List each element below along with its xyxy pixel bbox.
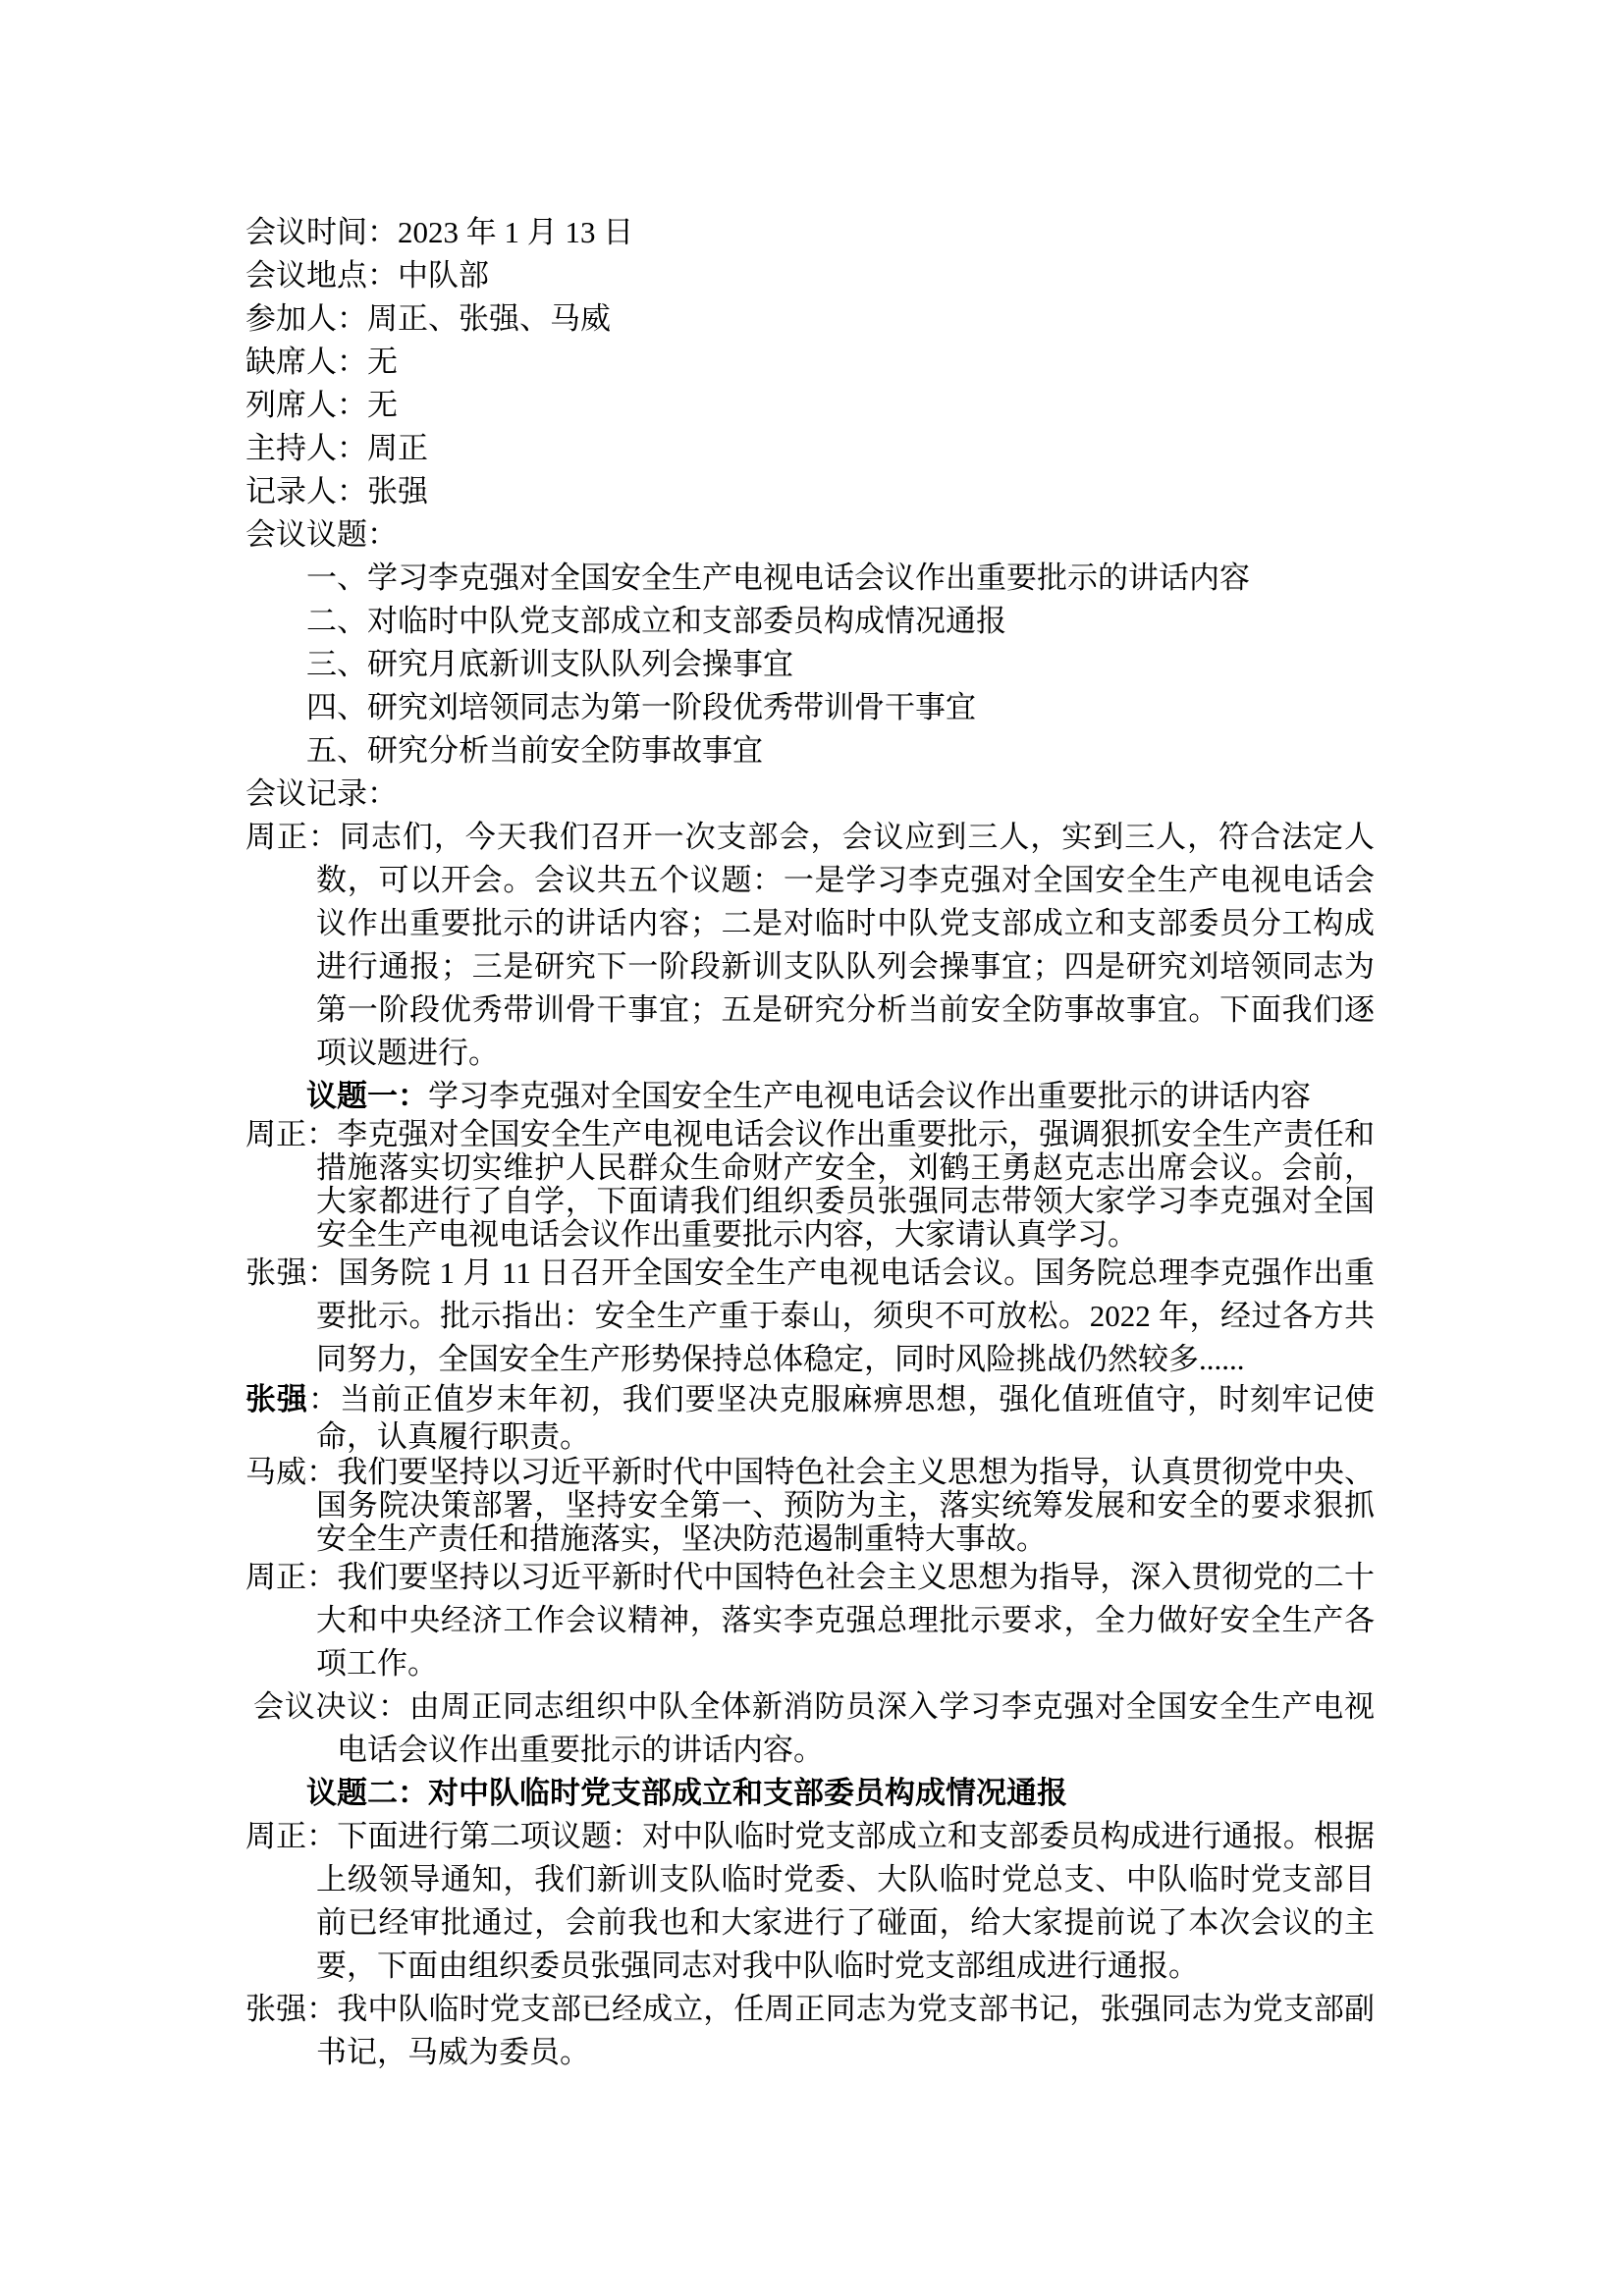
speech-text: ：下面进行第二项议题：对中队临时党支部成立和支部委员构成进行通报。根据上级领导通… — [306, 1819, 1375, 1983]
speech-text: ：我中队临时党支部已经成立，任周正同志为党支部书记，张强同志为党支部副书记，马威… — [306, 1992, 1375, 2069]
speech-text: ：李克强对全国安全生产电视电话会议作出重要批示，强调狠抓安全生产责任和措施落实切… — [306, 1117, 1375, 1252]
speaker-name: 周正 — [245, 1819, 306, 1853]
speaker-name: 周正 — [245, 1560, 306, 1594]
agenda-item-4: 四、研究刘培领同志为第一阶段优秀带训骨干事宜 — [306, 686, 1375, 729]
meta-line-agenda-label: 会议议题： — [245, 513, 1375, 557]
topic2-label: 议题二： — [306, 1776, 428, 1810]
speaker-name: 张强 — [245, 1382, 308, 1416]
agenda-item-3: 三、研究月底新训支队队列会操事宜 — [306, 643, 1375, 686]
speaker-name: 张强 — [245, 1992, 306, 2026]
speech-text: ：同志们，今天我们召开一次支部会，会议应到三人，实到三人，符合法定人数，可以开会… — [308, 820, 1375, 1070]
paragraph-topic1-zhouzheng: 周正：李克强对全国安全生产电视电话会议作出重要批示，强调狠抓安全生产责任和措施落… — [245, 1118, 1375, 1252]
meta-line-recorder: 记录人：张强 — [245, 470, 1375, 513]
agenda-item-2: 二、对临时中队党支部成立和支部委员构成情况通报 — [306, 600, 1375, 643]
meta-line-attendees: 参加人：周正、张强、马威 — [245, 297, 1375, 341]
speaker-name: 张强 — [245, 1255, 307, 1290]
speech-text: ：我们要坚持以习近平新时代中国特色社会主义思想为指导，深入贯彻党的二十大和中央经… — [306, 1560, 1375, 1681]
speaker-name: 马威 — [245, 1455, 306, 1489]
meta-line-meeting-place: 会议地点：中队部 — [245, 254, 1375, 297]
topic2-title: 对中队临时党支部成立和支部委员构成情况通报 — [428, 1776, 1067, 1810]
decision-label: 会议决议 — [253, 1689, 378, 1724]
paragraph-topic2-zhangqiang: 张强：我中队临时党支部已经成立，任周正同志为党支部书记，张强同志为党支部副书记，… — [245, 1988, 1375, 2074]
record-section-label: 会议记录： — [245, 773, 1375, 816]
speech-text: ：国务院 1 月 11 日召开全国安全生产电视电话会议。国务院总理李克强作出重要… — [307, 1255, 1375, 1376]
meta-line-meeting-time: 会议时间：2023 年 1 月 13 日 — [245, 211, 1375, 254]
meta-line-observers: 列席人：无 — [245, 384, 1375, 427]
paragraph-zhouzheng-opening: 周正：同志们，今天我们召开一次支部会，会议应到三人，实到三人，符合法定人数，可以… — [245, 816, 1375, 1075]
speaker-name: 周正 — [245, 1117, 306, 1151]
topic2-heading: 议题二：对中队临时党支部成立和支部委员构成情况通报 — [306, 1772, 1375, 1815]
speaker-name: 周正 — [245, 820, 308, 854]
speech-text: ：我们要坚持以习近平新时代中国特色社会主义思想为指导，认真贯彻党中央、国务院决策… — [306, 1455, 1375, 1556]
agenda-item-5: 五、研究分析当前安全防事故事宜 — [306, 729, 1375, 773]
paragraph-topic1-mawei: 马威：我们要坚持以习近平新时代中国特色社会主义思想为指导，认真贯彻党中央、国务院… — [245, 1456, 1375, 1556]
speech-text: ：当前正值岁末年初，我们要坚决克服麻痹思想，强化值班值守，时刻牢记使命，认真履行… — [308, 1382, 1375, 1454]
paragraph-topic1-zhangqiang-remark: 张强：当前正值岁末年初，我们要坚决克服麻痹思想，强化值班值守，时刻牢记使命，认真… — [245, 1381, 1375, 1456]
paragraph-topic2-zhouzheng: 周正：下面进行第二项议题：对中队临时党支部成立和支部委员构成进行通报。根据上级领… — [245, 1815, 1375, 1988]
decision-text: ：由周正同志组织中队全体新消防员深入学习李克强对全国安全生产电视电话会议作出重要… — [337, 1689, 1375, 1767]
topic1-label: 议题一： — [306, 1079, 428, 1113]
agenda-item-1: 一、学习李克强对全国安全生产电视电话会议作出重要批示的讲话内容 — [306, 557, 1375, 600]
meta-line-host: 主持人：周正 — [245, 427, 1375, 470]
paragraph-topic1-decision: 会议决议：由周正同志组织中队全体新消防员深入学习李克强对全国安全生产电视电话会议… — [253, 1685, 1375, 1772]
topic1-heading: 议题一：学习李克强对全国安全生产电视电话会议作出重要批示的讲话内容 — [306, 1075, 1375, 1118]
topic1-title: 学习李克强对全国安全生产电视电话会议作出重要批示的讲话内容 — [428, 1079, 1311, 1113]
paragraph-topic1-zhouzheng-summary: 周正：我们要坚持以习近平新时代中国特色社会主义思想为指导，深入贯彻党的二十大和中… — [245, 1556, 1375, 1685]
document-page: 会议时间：2023 年 1 月 13 日 会议地点：中队部 参加人：周正、张强、… — [0, 0, 1624, 2296]
meta-line-absentees: 缺席人：无 — [245, 341, 1375, 384]
paragraph-topic1-zhangqiang-report: 张强：国务院 1 月 11 日召开全国安全生产电视电话会议。国务院总理李克强作出… — [245, 1252, 1375, 1381]
